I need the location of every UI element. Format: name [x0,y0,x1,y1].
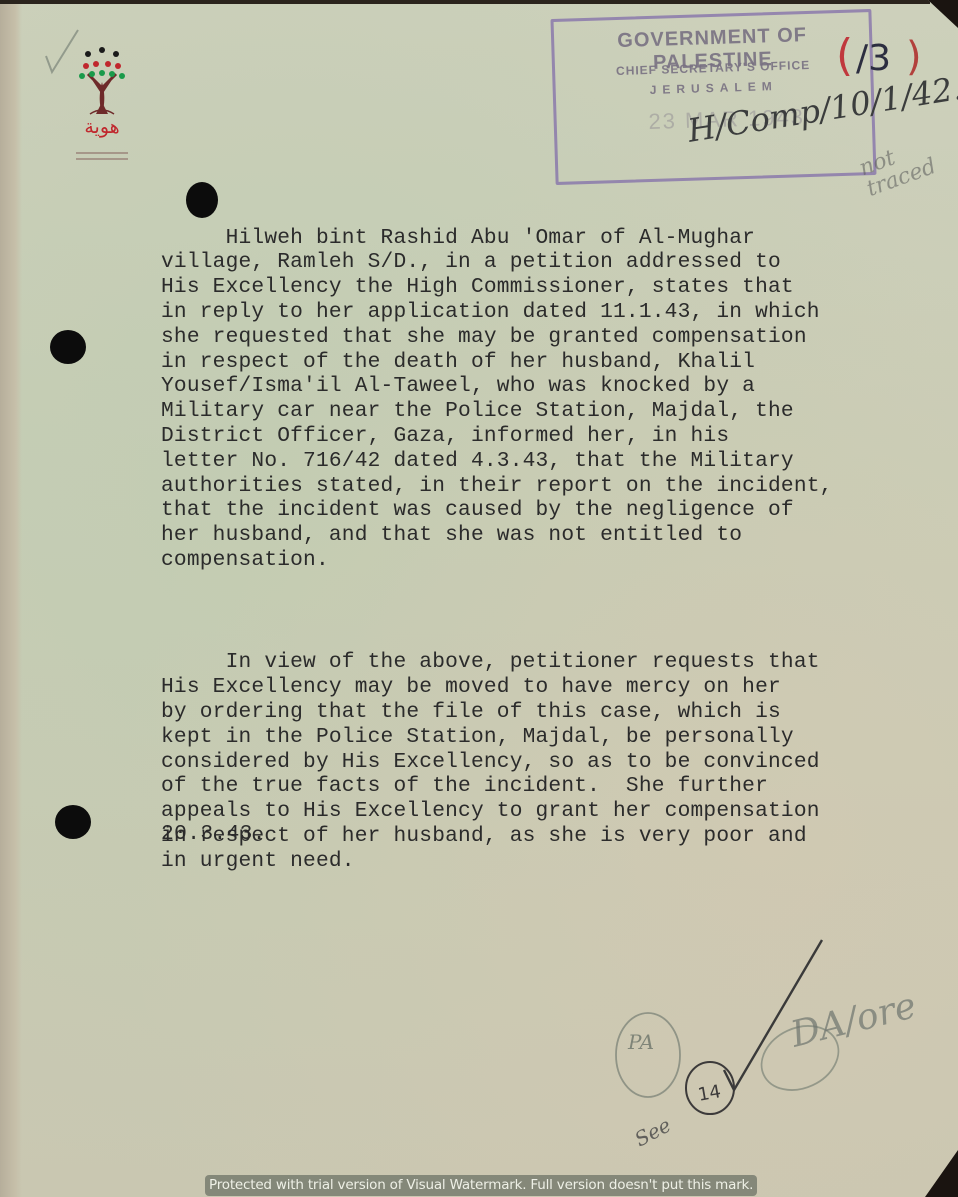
initials-pa: PA [628,1030,654,1054]
document-page: هوية GOVERNMENT OF PALESTINE CHIEF SECRE… [0,0,958,1197]
logo-subtitle-line [76,158,128,160]
circle-pa [616,1013,680,1097]
petition-body: Hilweh bint Rashid Abu 'Omar of Al-Mugha… [161,176,951,923]
page-top-edge [0,0,930,4]
punch-hole [55,805,91,839]
document-date: 20.3.43. [161,822,266,846]
tree-people-icon [74,44,130,116]
circled-number: 14 [696,1081,722,1106]
logo-subtitle-line [76,152,128,154]
folio-paren-open: ( [836,30,853,81]
folio-value: /3 [856,38,891,79]
folio-paren-close: ) [906,34,922,80]
logo-wordmark: هوية [74,116,130,138]
page-left-edge [0,0,22,1197]
watermark-banner: Protected with trial version of Visual W… [205,1175,757,1196]
paragraph-2: In view of the above, petitioner request… [161,650,951,873]
punch-hole [50,330,86,364]
hawiya-logo: هوية [74,44,130,166]
paragraph-1: Hilweh bint Rashid Abu 'Omar of Al-Mugha… [161,226,951,573]
